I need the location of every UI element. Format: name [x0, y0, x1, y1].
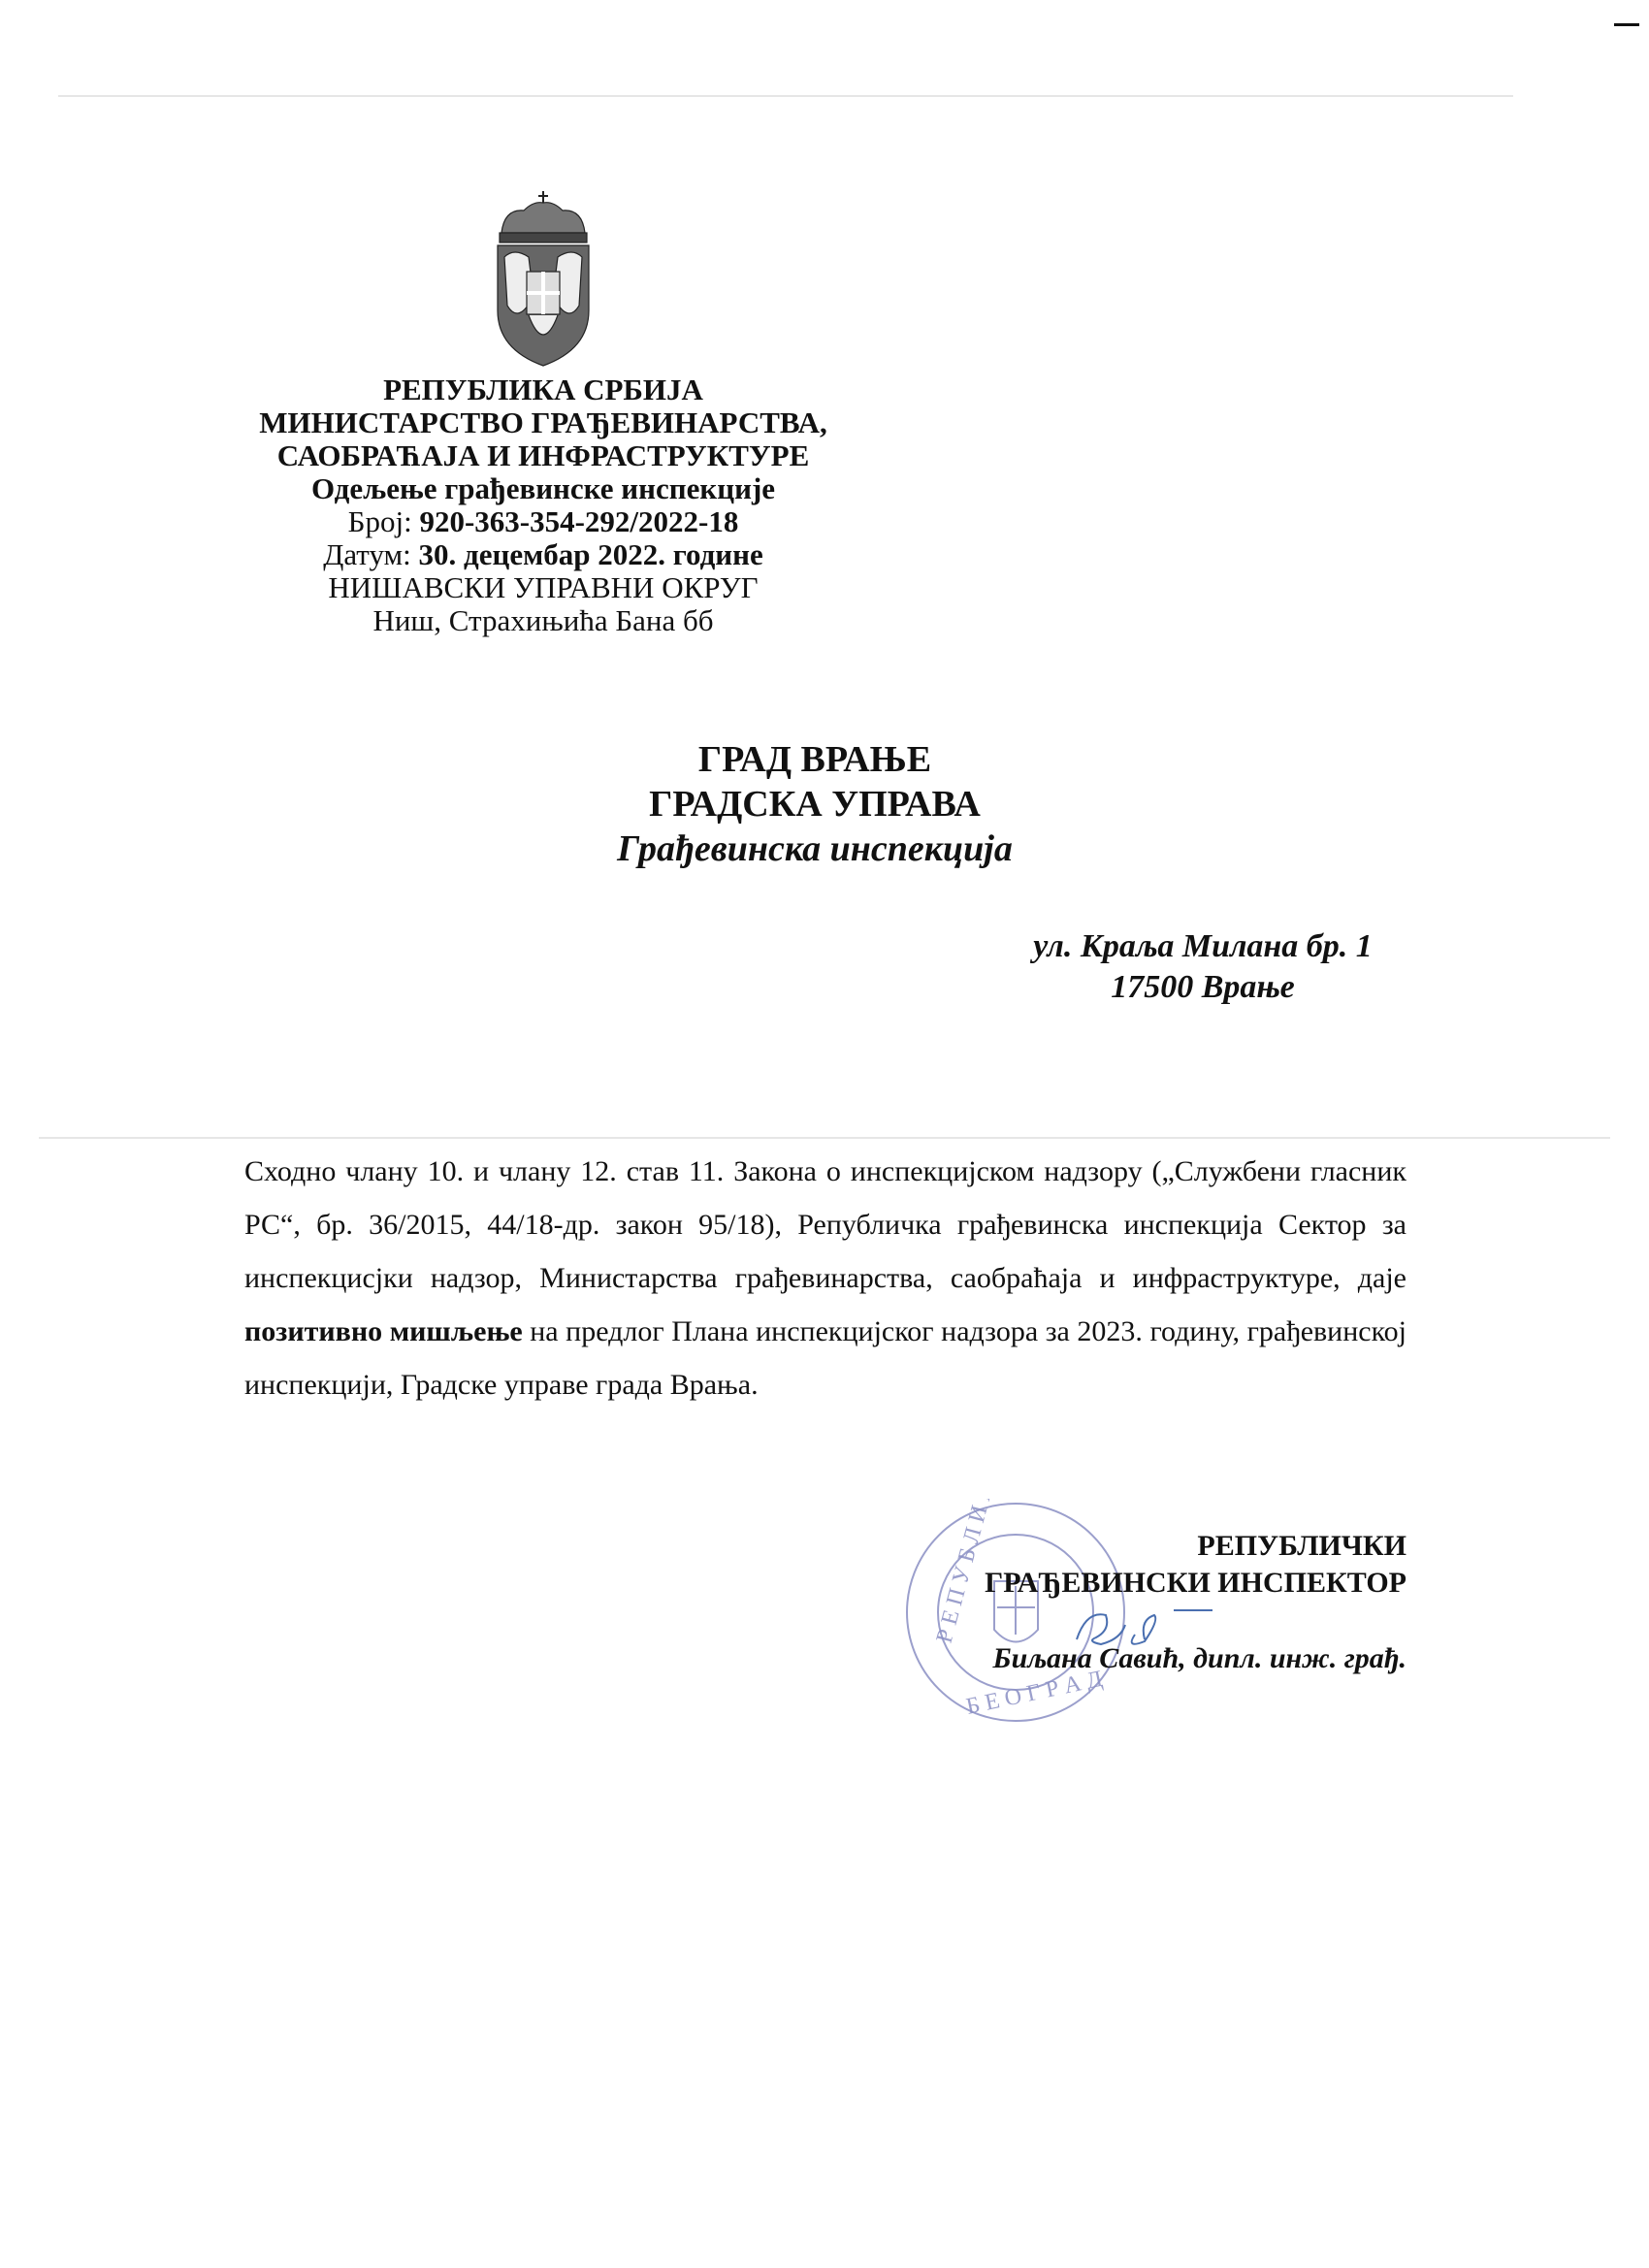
scan-mark	[1614, 23, 1639, 26]
sender-department: Одељење грађевинске инспекције	[247, 472, 839, 505]
addressee-postal: 17500 Врање	[999, 967, 1406, 1008]
document-date-label: Датум:	[323, 537, 418, 571]
signatory-name: Биљана Савић, дипл. инж. грађ.	[902, 1640, 1406, 1677]
signatory-title-line1: РЕПУБЛИЧКИ	[902, 1528, 1406, 1565]
sender-ministry-line1: МИНИСТАРСТВО ГРАЂЕВИНАРСТВА,	[247, 406, 839, 439]
serbian-coat-of-arms-icon	[490, 189, 597, 369]
body-paragraph: Сходно члану 10. и члану 12. став 11. За…	[244, 1145, 1406, 1411]
sender-country: РЕПУБЛИКА СРБИЈА	[247, 373, 839, 406]
addressee-street: ул. Краља Милана бр. 1	[999, 926, 1406, 967]
document-number: Број: 920-363-354-292/2022-18	[247, 505, 839, 538]
addressee-city: ГРАД ВРАЊЕ	[572, 737, 1057, 782]
document-date-value: 30. децембар 2022. године	[419, 537, 763, 571]
addressee-unit: Грађевинска инспекција	[572, 826, 1057, 871]
signatory-title-line2: ГРАЂЕВИНСКИ ИНСПЕКТОР	[902, 1565, 1406, 1602]
addressee-street-block: ул. Краља Милана бр. 1 17500 Врање	[999, 926, 1406, 1008]
document-number-value: 920-363-354-292/2022-18	[419, 504, 738, 538]
document-number-label: Број:	[348, 504, 420, 538]
addressee-administration: ГРАДСКА УПРАВА	[572, 782, 1057, 826]
scan-artifact-line	[58, 95, 1513, 97]
body-text-part1: Сходно члану 10. и члану 12. став 11. За…	[244, 1155, 1406, 1294]
sender-district: НИШАВСКИ УПРАВНИ ОКРУГ	[247, 571, 839, 604]
sender-header: РЕПУБЛИКА СРБИЈА МИНИСТАРСТВО ГРАЂЕВИНАР…	[247, 373, 839, 637]
signature-block: РЕПУБЛИЧКИ ГРАЂЕВИНСКИ ИНСПЕКТОР Биљана …	[902, 1528, 1406, 1677]
document-date: Датум: 30. децембар 2022. године	[247, 538, 839, 571]
sender-address: Ниш, Страхињића Бана бб	[247, 604, 839, 637]
addressee-block: ГРАД ВРАЊЕ ГРАДСКА УПРАВА Грађевинска ин…	[572, 737, 1057, 871]
body-emphasis: позитивно мишљење	[244, 1315, 523, 1347]
scan-artifact-line	[39, 1137, 1610, 1139]
sender-ministry-line2: САОБРАЋАЈА И ИНФРАСТРУКТУРЕ	[247, 439, 839, 472]
